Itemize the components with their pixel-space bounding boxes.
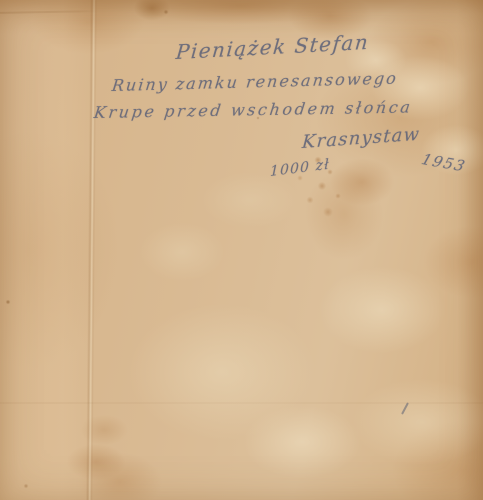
fold-left-panel <box>0 0 90 500</box>
handwriting-price: 1000 zł <box>270 157 330 181</box>
handwriting-caption-line-2: Krupe przed wschodem słońca <box>93 97 414 122</box>
handwriting-year: 1953 <box>419 150 468 175</box>
handwriting-author-name: Pieniążek Stefan <box>175 30 370 64</box>
photo-verso-scan: Pieniążek Stefan Ruiny zamku renesansowe… <box>0 0 483 500</box>
stray-pen-mark <box>401 402 409 414</box>
horizontal-crease-middle <box>0 402 483 404</box>
handwriting-caption-line-1: Ruiny zamku renesansowego <box>111 68 399 95</box>
handwriting-place-name: Krasnystaw <box>301 124 421 153</box>
